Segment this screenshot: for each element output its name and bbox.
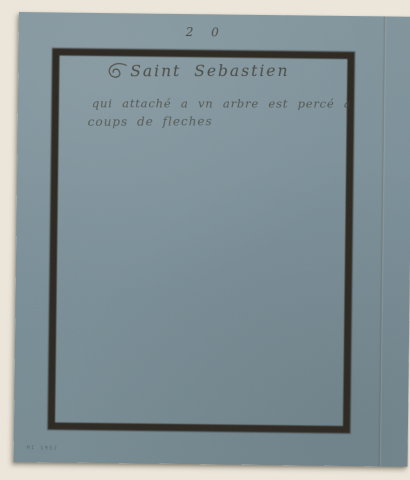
inscription-line-3: coups de fleches xyxy=(88,114,213,129)
inscription-title-text: Saint Sebastien xyxy=(130,62,289,80)
inscription-line-1: Saint Sebastien xyxy=(104,62,289,84)
inventory-mark: MI 1952 xyxy=(27,445,59,451)
handwritten-inscription: Saint Sebastien qui attaché a vn arbre e… xyxy=(19,12,410,17)
blue-paper-sheet: 2 0 Saint Sebastien qui attaché a vn arb… xyxy=(14,12,410,467)
inscription-line-2: qui attaché a vn arbre est percé à xyxy=(92,96,352,110)
paper-crease xyxy=(377,16,386,466)
folio-number: 2 0 xyxy=(174,25,238,40)
flourish-icon xyxy=(104,62,128,84)
scan-background: 2 0 Saint Sebastien qui attaché a vn arb… xyxy=(0,0,410,480)
